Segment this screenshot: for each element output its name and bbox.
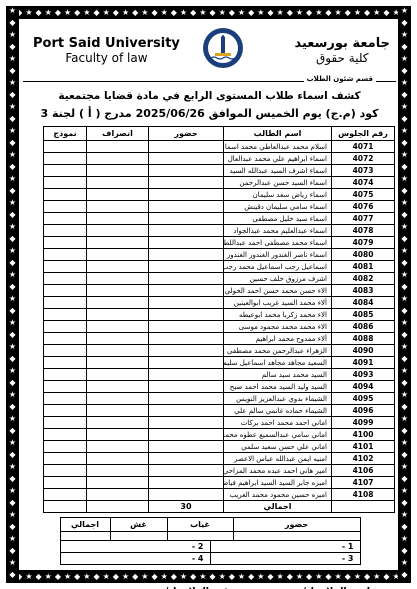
table-row: 4073اسماء اشرف السيد عبدالله السيد: [44, 165, 395, 177]
seat-number: 4088: [332, 333, 395, 345]
table-row: 4091السعيد مجاهد مجاهد اسماعيل سليمان: [44, 357, 395, 369]
table-row: 4101اماني علي حسن سعيد سلمي: [44, 441, 395, 453]
seat-number: 4091: [332, 357, 395, 369]
student-name: الاء حسن محمد حسن احمد الخولي: [224, 285, 332, 297]
border-ornament-top: ★◆★◆★◆★◆★◆★◆★◆★◆★◆★◆★◆★◆★◆★◆★◆★◆★◆★◆★◆★◆…: [6, 6, 411, 19]
summary-table: حضور غياب غش اجمالي: [60, 517, 361, 541]
attendance-cell: [149, 333, 224, 345]
form-cell: [44, 261, 87, 273]
table-row: 4080اسماء ناصر الغندور الغندور الغندور: [44, 249, 395, 261]
seat-number: 4101: [332, 441, 395, 453]
faculty-en-line: Faculty of law: [33, 51, 180, 65]
students-table: رقم الجلوس اسم الطالب حضور انصراف نموذج …: [43, 126, 395, 513]
seat-number: 4078: [332, 225, 395, 237]
form-cell: [44, 369, 87, 381]
seat-number: 4075: [332, 189, 395, 201]
seat-number: 4074: [332, 177, 395, 189]
table-row: 4107اميره جابر السيد السيد ابراهيم فياض: [44, 477, 395, 489]
student-name: اسماء السيد حسن عبدالرحمن: [224, 177, 332, 189]
table-row: 4108اميره حسين محمود محمد الغريب: [44, 489, 395, 501]
attendance-cell: [149, 309, 224, 321]
table-row: 4099اماني احمد محمد احمد بركات: [44, 417, 395, 429]
table-row: 4071اسلام محمد عبدالعاطي محمد اسماعيل: [44, 141, 395, 153]
form-cell: [44, 213, 87, 225]
attendance-cell: [149, 225, 224, 237]
note-cell-4: - 4: [60, 553, 210, 565]
leave-cell: [87, 357, 149, 369]
table-row: 4081اسماعيل رجب اسماعيل محمد رجب الزيات: [44, 261, 395, 273]
attendance-cell: [149, 189, 224, 201]
leave-cell: [87, 237, 149, 249]
leave-cell: [87, 381, 149, 393]
leave-cell: [87, 429, 149, 441]
leave-cell: [87, 177, 149, 189]
student-name: اشرف مرزوق خلف حسين: [224, 273, 332, 285]
student-name: اميره جابر السيد السيد ابراهيم فياض: [224, 477, 332, 489]
summary-header-cheating: غش: [110, 518, 167, 532]
col-header-seat-number: رقم الجلوس: [332, 127, 395, 141]
seat-number: 4077: [332, 213, 395, 225]
sheet-title: كشف اسماء طلاب المستوى الرابع في مادة قض…: [23, 90, 396, 102]
faculty-ar-line: كلية حقوق: [294, 51, 390, 65]
leave-cell: [87, 153, 149, 165]
table-row: 4100اماني سامي عبدالسميع عطوه محمد علي: [44, 429, 395, 441]
form-cell: [44, 393, 87, 405]
attendance-cell: [149, 393, 224, 405]
form-cell: [44, 165, 87, 177]
attendance-cell: [149, 441, 224, 453]
col-header-form: نموذج: [44, 127, 87, 141]
leave-cell: [87, 321, 149, 333]
table-row: 4088ألاء ممدوح محمد ابراهيم: [44, 333, 395, 345]
form-cell: [44, 417, 87, 429]
attendance-cell: [149, 273, 224, 285]
form-cell: [44, 477, 87, 489]
border-ornament-left: ★◆★◆★◆★◆★◆★◆★◆★◆★◆★◆★◆★◆★◆★◆★◆★◆★◆★◆★◆★◆…: [6, 6, 19, 583]
attendance-cell: [149, 477, 224, 489]
leave-cell: [87, 441, 149, 453]
attendance-cell: [149, 369, 224, 381]
border-ornament-right: ★◆★◆★◆★◆★◆★◆★◆★◆★◆★◆★◆★◆★◆★◆★◆★◆★◆★◆★◆★◆…: [398, 6, 411, 583]
table-row: 4078اسماء عبدالعليم محمد عبدالجواد: [44, 225, 395, 237]
leave-cell: [87, 189, 149, 201]
seat-number: 4095: [332, 393, 395, 405]
leave-cell: [87, 369, 149, 381]
attendance-cell: [149, 141, 224, 153]
table-row: 4093السيد محمد سيد سالم: [44, 369, 395, 381]
seat-number: 4084: [332, 297, 395, 309]
leave-cell: [87, 465, 149, 477]
seat-number: 4079: [332, 237, 395, 249]
seat-number: 4106: [332, 465, 395, 477]
leave-cell: [87, 261, 149, 273]
university-name-english: Port Said University Faculty of law: [33, 36, 180, 65]
university-logo-icon: [202, 27, 244, 73]
form-cell: [44, 453, 87, 465]
table-row: 4095الشيماء بدوي عبدالعزيز النويس: [44, 393, 395, 405]
leave-cell: [87, 201, 149, 213]
form-cell: [44, 357, 87, 369]
seat-number: 4090: [332, 345, 395, 357]
seat-number: 4108: [332, 489, 395, 501]
numbered-row-1: - 1 - 2: [60, 541, 360, 553]
seat-number: 4080: [332, 249, 395, 261]
table-row: 4075اسماء رياض سعد سليمان: [44, 189, 395, 201]
student-name: اسماء ابراهيم علي محمد عبدالعال: [224, 153, 332, 165]
form-cell: [44, 465, 87, 477]
attendance-cell: [149, 453, 224, 465]
seat-number: 4107: [332, 477, 395, 489]
seat-number: 4072: [332, 153, 395, 165]
leave-cell: [87, 405, 149, 417]
table-row: 4086الاء محمد محمد محمود موسى: [44, 321, 395, 333]
note-cell-3: - 3: [210, 553, 360, 565]
table-row: 4090الزهراء عبدالرحمن محمد مصطفى: [44, 345, 395, 357]
leave-cell: [87, 285, 149, 297]
exam-session-title: كود (م.ج) يوم الخميس الموافق 2025/06/26 …: [23, 107, 396, 120]
attendance-cell: [149, 177, 224, 189]
attendance-cell: [149, 237, 224, 249]
seat-number: 4102: [332, 453, 395, 465]
table-row: 4102امنيه ايمن عبدالله عباس الاعصر: [44, 453, 395, 465]
numbered-row-2: - 3 - 4: [60, 553, 360, 565]
student-name: الاء محمد محمد محمود موسى: [224, 321, 332, 333]
form-cell: [44, 285, 87, 297]
sheet-content: Port Said University Faculty of law جامع…: [23, 21, 396, 568]
seat-number: 4071: [332, 141, 395, 153]
form-cell: [44, 321, 87, 333]
attendance-cell: [149, 261, 224, 273]
student-name: الزهراء عبدالرحمن محمد مصطفى: [224, 345, 332, 357]
leave-cell: [87, 477, 149, 489]
student-name: امير هاني احمد عبده محمد المزاحي: [224, 465, 332, 477]
table-row: 4072اسماء ابراهيم علي محمد عبدالعال: [44, 153, 395, 165]
student-name: اماني علي حسن سعيد سلمي: [224, 441, 332, 453]
student-name: الاء محمد زكريا محمد ابوعيطه: [224, 309, 332, 321]
table-row: 4096الشيماء حماده غانمي سالم علي: [44, 405, 395, 417]
student-name: السعيد مجاهد مجاهد اسماعيل سليمان: [224, 357, 332, 369]
leave-cell: [87, 273, 149, 285]
student-name: اميره حسين محمود محمد الغريب: [224, 489, 332, 501]
attendance-cell: [149, 489, 224, 501]
col-header-student-name: اسم الطالب: [224, 127, 332, 141]
seat-number: 4096: [332, 405, 395, 417]
seat-number: 4076: [332, 201, 395, 213]
attendance-cell: [149, 285, 224, 297]
form-cell: [44, 441, 87, 453]
total-seat-cell: [332, 501, 395, 513]
summary-header-absence: غياب: [167, 518, 233, 532]
table-row: 4076اسماء سامي سليمان دقينش: [44, 201, 395, 213]
student-name: اسماعيل رجب اسماعيل محمد رجب الزيات: [224, 261, 332, 273]
student-name: السيد وليد السيد محمد احمد صبح: [224, 381, 332, 393]
form-cell: [44, 237, 87, 249]
attendance-cell: [149, 417, 224, 429]
student-name: الشيماء حماده غانمي سالم علي: [224, 405, 332, 417]
leave-cell: [87, 249, 149, 261]
leave-cell: [87, 225, 149, 237]
attendance-cell: [149, 165, 224, 177]
student-name: اماني سامي عبدالسميع عطوه محمد علي: [224, 429, 332, 441]
leave-cell: [87, 393, 149, 405]
seat-number: 4085: [332, 309, 395, 321]
student-name: اسماء رياض سعد سليمان: [224, 189, 332, 201]
department-divider: قسم شئون الطلاب: [23, 77, 396, 85]
table-row: 4079اسماء محمد مصطفى احمد عبداللطيف: [44, 237, 395, 249]
department-label: قسم شئون الطلاب: [304, 75, 376, 83]
form-cell: [44, 429, 87, 441]
total-row: اجمالي 30: [44, 501, 395, 513]
student-name: اسماء اشرف السيد عبدالله السيد: [224, 165, 332, 177]
seat-number: 4082: [332, 273, 395, 285]
student-name: اماني احمد محمد احمد بركات: [224, 417, 332, 429]
leave-cell: [87, 165, 149, 177]
attendance-cell: [149, 345, 224, 357]
summary-header-attendance: حضور: [233, 518, 360, 532]
divider-line-right: [376, 81, 396, 82]
table-row: 4083الاء حسن محمد حسن احمد الخولي: [44, 285, 395, 297]
form-cell: [44, 345, 87, 357]
attendance-cell: [149, 357, 224, 369]
leave-cell: [87, 345, 149, 357]
student-name: ألاء ممدوح محمد ابراهيم: [224, 333, 332, 345]
header: Port Said University Faculty of law جامع…: [23, 21, 396, 73]
seat-number: 4073: [332, 165, 395, 177]
seat-number: 4100: [332, 429, 395, 441]
table-row: 4074اسماء السيد حسن عبدالرحمن: [44, 177, 395, 189]
table-row: 4085الاء محمد زكريا محمد ابوعيطه: [44, 309, 395, 321]
form-cell: [44, 177, 87, 189]
numbered-notes-table: - 1 - 2 - 3 - 4: [60, 540, 361, 565]
student-name: السيد محمد سيد سالم: [224, 369, 332, 381]
seat-number: 4081: [332, 261, 395, 273]
student-name: اسماء سامي سليمان دقينش: [224, 201, 332, 213]
form-cell: [44, 309, 87, 321]
form-cell: [44, 273, 87, 285]
form-cell: [44, 489, 87, 501]
attendance-cell: [149, 429, 224, 441]
divider-line-left: [23, 81, 304, 82]
student-name: اسماء محمد مصطفى احمد عبداللطيف: [224, 237, 332, 249]
note-cell-2: - 2: [60, 541, 210, 553]
form-cell: [44, 189, 87, 201]
attendance-cell: [149, 201, 224, 213]
leave-cell: [87, 297, 149, 309]
col-header-leave: انصراف: [87, 127, 149, 141]
student-name: اسلام محمد عبدالعاطي محمد اسماعيل: [224, 141, 332, 153]
total-form-cell: [44, 501, 87, 513]
seat-number: 4086: [332, 321, 395, 333]
summary-header-row: حضور غياب غش اجمالي: [60, 518, 360, 532]
total-attendance-value: 30: [149, 501, 224, 513]
attendance-cell: [149, 249, 224, 261]
border-ornament-bottom: ★◆★◆★◆★◆★◆★◆★◆★◆★◆★◆★◆★◆★◆★◆★◆★◆★◆★◆★◆★◆…: [6, 570, 411, 583]
form-cell: [44, 225, 87, 237]
table-row: 4094السيد وليد السيد محمد احمد صبح: [44, 381, 395, 393]
attendance-cell: [149, 465, 224, 477]
leave-cell: [87, 489, 149, 501]
leave-cell: [87, 333, 149, 345]
form-cell: [44, 141, 87, 153]
form-cell: [44, 249, 87, 261]
leave-cell: [87, 213, 149, 225]
leave-cell: [87, 417, 149, 429]
university-name-arabic: جامعة بورسعيد كلية حقوق: [266, 36, 390, 65]
attendance-sheet-page: ★◆★◆★◆★◆★◆★◆★◆★◆★◆★◆★◆★◆★◆★◆★◆★◆★◆★◆★◆★◆…: [0, 0, 417, 589]
form-cell: [44, 405, 87, 417]
university-en-line: Port Said University: [33, 36, 180, 51]
table-row: 4084ألاء محمد السيد غريب ابوالعينين: [44, 297, 395, 309]
student-name: الشيماء بدوي عبدالعزيز النويس: [224, 393, 332, 405]
total-label: اجمالي: [224, 501, 332, 513]
leave-cell: [87, 453, 149, 465]
form-cell: [44, 381, 87, 393]
form-cell: [44, 201, 87, 213]
seat-number: 4099: [332, 417, 395, 429]
attendance-cell: [149, 153, 224, 165]
attendance-cell: [149, 381, 224, 393]
attendance-cell: [149, 297, 224, 309]
leave-cell: [87, 141, 149, 153]
students-table-header-row: رقم الجلوس اسم الطالب حضور انصراف نموذج: [44, 127, 395, 141]
note-cell-1: - 1: [210, 541, 360, 553]
attendance-cell: [149, 405, 224, 417]
table-row: 4077اسماء سيد خليل مصطفى: [44, 213, 395, 225]
student-name: امنيه ايمن عبدالله عباس الاعصر: [224, 453, 332, 465]
university-ar-line: جامعة بورسعيد: [294, 36, 390, 51]
seat-number: 4094: [332, 381, 395, 393]
summary-header-total: اجمالي: [60, 518, 110, 532]
form-cell: [44, 153, 87, 165]
form-cell: [44, 297, 87, 309]
student-rows: 4071اسلام محمد عبدالعاطي محمد اسماعيل407…: [44, 141, 395, 501]
total-leave-cell: [87, 501, 149, 513]
student-name: اسماء ناصر الغندور الغندور الغندور: [224, 249, 332, 261]
table-row: 4106امير هاني احمد عبده محمد المزاحي: [44, 465, 395, 477]
form-cell: [44, 333, 87, 345]
summary-section: حضور غياب غش اجمالي - 1 - 2: [60, 517, 360, 565]
seat-number: 4083: [332, 285, 395, 297]
student-name: ألاء محمد السيد غريب ابوالعينين: [224, 297, 332, 309]
seat-number: 4093: [332, 369, 395, 381]
student-name: اسماء عبدالعليم محمد عبدالجواد: [224, 225, 332, 237]
col-header-attendance: حضور: [149, 127, 224, 141]
leave-cell: [87, 309, 149, 321]
table-row: 4082اشرف مرزوق خلف حسين: [44, 273, 395, 285]
attendance-cell: [149, 321, 224, 333]
attendance-cell: [149, 213, 224, 225]
student-name: اسماء سيد خليل مصطفى: [224, 213, 332, 225]
